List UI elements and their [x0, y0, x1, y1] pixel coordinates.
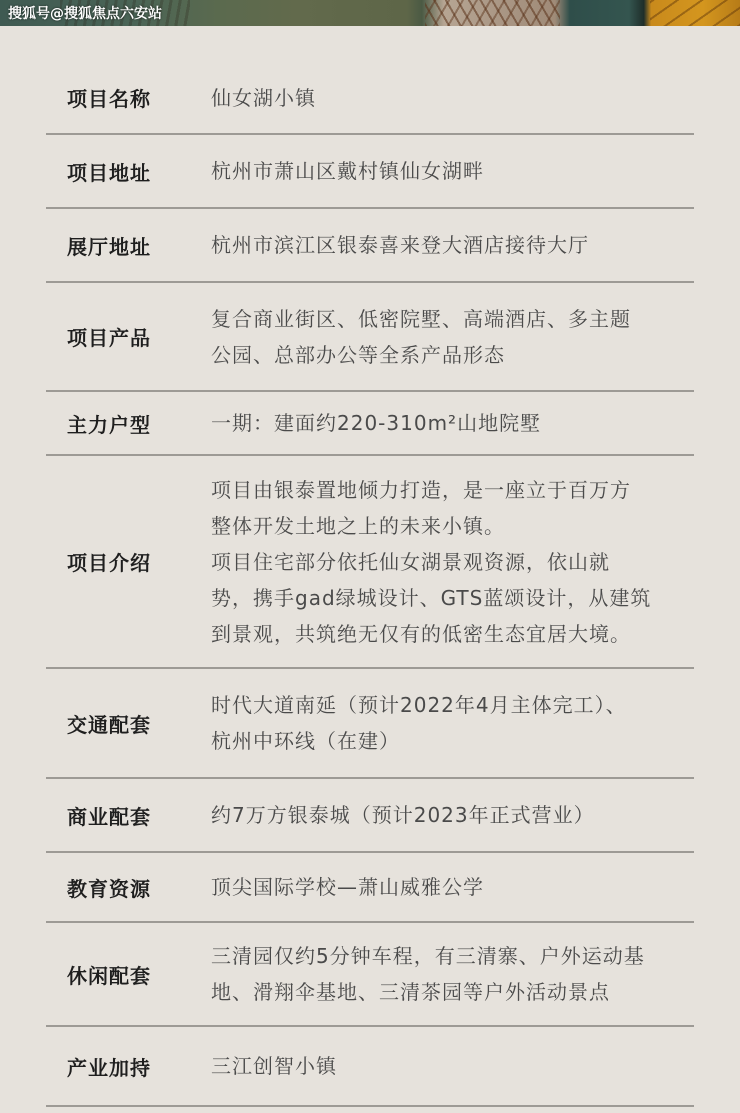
- value-line: 三江创智小镇: [211, 1048, 692, 1084]
- table-row: 交通配套 时代大道南延（预计2022年4月主体完工）、 杭州中环线（在建）: [46, 669, 694, 779]
- row-value: 复合商业街区、低密院墅、高端酒店、多主题 公园、总部办公等全系产品形态: [211, 301, 694, 373]
- table-row: 展厅地址 杭州市滨江区银泰喜来登大酒店接待大厅: [46, 209, 694, 283]
- header-banner-image: 搜狐号@搜狐焦点六安站: [0, 0, 740, 26]
- row-label: 项目地址: [46, 157, 211, 186]
- value-line: 地、滑翔伞基地、三清茶园等户外活动景点: [211, 974, 692, 1010]
- table-row: 商业配套 约7万方银泰城（预计2023年正式营业）: [46, 779, 694, 853]
- table-row: 项目产品 复合商业街区、低密院墅、高端酒店、多主题 公园、总部办公等全系产品形态: [46, 283, 694, 392]
- banner-texture: [425, 0, 560, 26]
- table-row: 项目介绍 项目由银泰置地倾力打造，是一座立于百万方 整体开发土地之上的未来小镇。…: [46, 456, 694, 669]
- row-label: 产业加持: [46, 1052, 211, 1081]
- row-label: 交通配套: [46, 709, 211, 738]
- value-line: 势，携手gad绿城设计、GTS蓝颂设计，从建筑: [211, 580, 692, 616]
- watermark-text: 搜狐号@搜狐焦点六安站: [8, 3, 162, 23]
- value-line: 三清园仅约5分钟车程，有三清寨、户外运动基: [211, 938, 692, 974]
- table-row: 休闲配套 三清园仅约5分钟车程，有三清寨、户外运动基 地、滑翔伞基地、三清茶园等…: [46, 923, 694, 1027]
- table-row: 教育资源 顶尖国际学校—萧山威雅公学: [46, 853, 694, 923]
- value-line: 项目住宅部分依托仙女湖景观资源，依山就: [211, 544, 692, 580]
- row-label: 休闲配套: [46, 960, 211, 989]
- row-label: 展厅地址: [46, 231, 211, 260]
- value-line: 复合商业街区、低密院墅、高端酒店、多主题: [211, 301, 692, 337]
- row-value: 时代大道南延（预计2022年4月主体完工）、 杭州中环线（在建）: [211, 687, 694, 759]
- value-line: 整体开发土地之上的未来小镇。: [211, 508, 692, 544]
- table-row: 主力户型 一期：建面约220-310m²山地院墅: [46, 392, 694, 456]
- value-line: 仙女湖小镇: [211, 80, 692, 116]
- value-line: 杭州市萧山区戴村镇仙女湖畔: [211, 153, 692, 189]
- row-label: 教育资源: [46, 873, 211, 902]
- value-line: 到景观，共筑绝无仅有的低密生态宜居大境。: [211, 616, 692, 652]
- row-value: 顶尖国际学校—萧山威雅公学: [211, 869, 694, 905]
- project-info-table: 项目名称 仙女湖小镇 项目地址 杭州市萧山区戴村镇仙女湖畔 展厅地址 杭州市滨江…: [46, 62, 694, 1107]
- value-line: 一期：建面约220-310m²山地院墅: [211, 405, 692, 441]
- row-value: 仙女湖小镇: [211, 80, 694, 116]
- value-line: 公园、总部办公等全系产品形态: [211, 337, 692, 373]
- row-value: 一期：建面约220-310m²山地院墅: [211, 405, 694, 441]
- value-line: 项目由银泰置地倾力打造，是一座立于百万方: [211, 472, 692, 508]
- table-row: 产业加持 三江创智小镇: [46, 1027, 694, 1107]
- row-value: 三清园仅约5分钟车程，有三清寨、户外运动基 地、滑翔伞基地、三清茶园等户外活动景…: [211, 938, 694, 1010]
- row-label: 项目产品: [46, 322, 211, 351]
- row-label: 商业配套: [46, 801, 211, 830]
- row-value: 约7万方银泰城（预计2023年正式营业）: [211, 797, 694, 833]
- row-value: 杭州市萧山区戴村镇仙女湖畔: [211, 153, 694, 189]
- table-row: 项目名称 仙女湖小镇: [46, 62, 694, 135]
- table-row: 项目地址 杭州市萧山区戴村镇仙女湖畔: [46, 135, 694, 209]
- row-value: 项目由银泰置地倾力打造，是一座立于百万方 整体开发土地之上的未来小镇。 项目住宅…: [211, 472, 694, 652]
- row-label: 主力户型: [46, 409, 211, 438]
- value-line: 顶尖国际学校—萧山威雅公学: [211, 869, 692, 905]
- value-line: 杭州中环线（在建）: [211, 723, 692, 759]
- row-label: 项目名称: [46, 83, 211, 112]
- value-line: 杭州市滨江区银泰喜来登大酒店接待大厅: [211, 227, 692, 263]
- row-label: 项目介绍: [46, 547, 211, 576]
- value-line: 时代大道南延（预计2022年4月主体完工）、: [211, 687, 692, 723]
- row-value: 三江创智小镇: [211, 1048, 694, 1084]
- banner-texture: [650, 0, 740, 26]
- row-value: 杭州市滨江区银泰喜来登大酒店接待大厅: [211, 227, 694, 263]
- value-line: 约7万方银泰城（预计2023年正式营业）: [211, 797, 692, 833]
